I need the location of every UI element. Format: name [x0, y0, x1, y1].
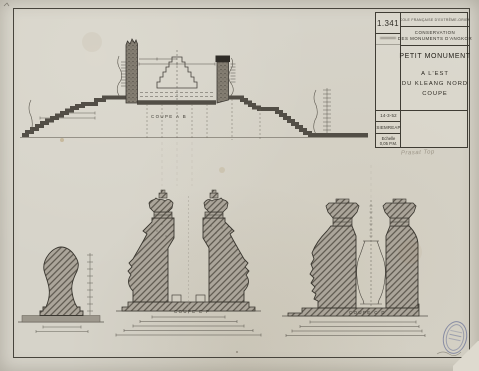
drawing-title: PETIT MONUMENT — [401, 46, 469, 66]
title-block-right-column: ÉCOLE FRANÇAISE D'EXTRÊME-ORIENT CONSERV… — [401, 13, 469, 147]
section-ef-label: COUPE E F — [174, 309, 210, 314]
section-cd-label: COUPE C D — [349, 310, 386, 315]
organization-line2: DES MONUMENTS D'ANGKOR — [398, 36, 472, 43]
section-ab-label: COUPE A B — [151, 114, 187, 119]
number-note-smudge — [376, 34, 400, 45]
title-block-rule — [376, 110, 467, 111]
organization: CONSERVATION DES MONUMENTS D'ANGKOR — [401, 27, 469, 46]
drawing-scale: Echelle 0,05 P.M. — [376, 134, 401, 147]
drawing-date: 14-3-52 — [376, 110, 401, 122]
drawing-number: 1.341 — [376, 13, 400, 34]
title-block-left-column: 1.341 14-3-52 SIEMREAP Echelle 0,05 P.M. — [376, 13, 401, 147]
location-line2: DU KLEANG NORD — [402, 79, 468, 89]
pencil-note: Prasat Top — [401, 149, 435, 156]
location-line3: COUPE — [422, 89, 448, 99]
agency-header: ÉCOLE FRANÇAISE D'EXTRÊME-ORIENT — [401, 13, 469, 27]
scale-value: 0,05 P.M. — [380, 141, 397, 146]
drawing-location: A L'EST DU KLEANG NORD COUPE — [401, 69, 469, 99]
drawing-place: SIEMREAP — [376, 122, 401, 134]
title-block: 1.341 14-3-52 SIEMREAP Echelle 0,05 P.M.… — [375, 12, 468, 148]
location-line1: A L'EST — [421, 69, 449, 79]
